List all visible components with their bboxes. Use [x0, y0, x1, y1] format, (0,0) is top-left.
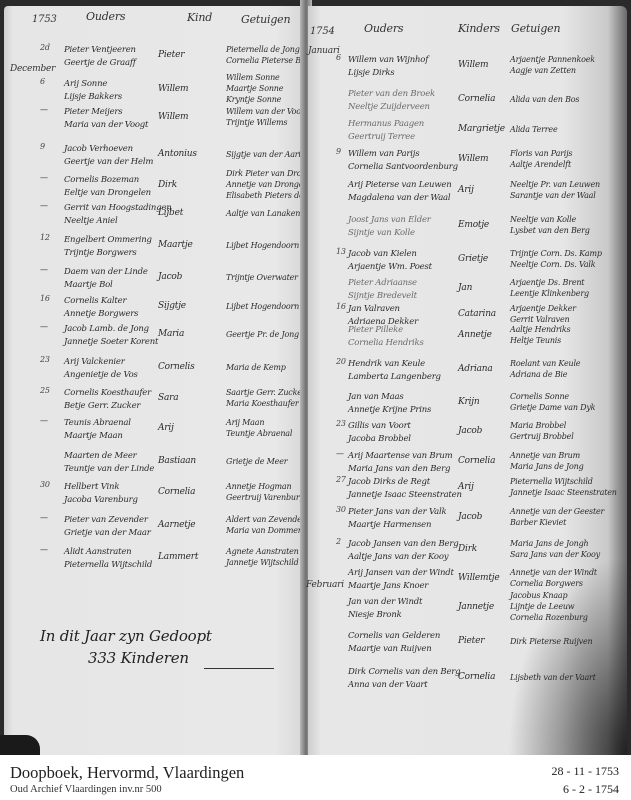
mother-name: Maria van der Voogt: [64, 119, 148, 131]
mother-name: Geertruij Terree: [348, 131, 415, 143]
child-name: Jacob: [158, 272, 182, 282]
witness-name: Lijbet Hogendoorn: [226, 240, 299, 251]
child-name: Arij: [458, 185, 474, 195]
child-name: Lijbet: [158, 208, 183, 218]
witness-name: Agnete Aanstraten: [226, 546, 299, 557]
mother-name: Sijntje Bredevelt: [348, 290, 417, 302]
mother-name: Eeltje van Drongelen: [64, 187, 151, 199]
child-name: Aarnetje: [158, 520, 195, 530]
witness-name: Saartje Gerr. Zucker: [226, 387, 305, 398]
child-name: Cornelis: [158, 362, 195, 372]
witness-name: Aagje van Zetten: [510, 65, 576, 76]
entry-day: 13: [336, 247, 346, 256]
header-child: Kind: [187, 11, 212, 24]
child-name: Jan: [458, 283, 472, 293]
witness-name: Annetje van Brum: [510, 450, 580, 461]
left-page: 1753 Ouders Kind Getuigen December 2dPie…: [4, 6, 306, 755]
mother-name: Anna van der Vaart: [348, 679, 428, 691]
child-name: Pieter: [458, 636, 484, 646]
entry-day: 6: [40, 77, 45, 86]
witness-name: Grietje Dame van Dyk: [510, 402, 595, 413]
child-name: Cornelia: [158, 487, 195, 497]
witness-name: Leentje Klinkenberg: [510, 288, 589, 299]
witness-name: Annetje Hogman: [226, 481, 291, 492]
witness-name: Neeltje Pr. van Leuwen: [510, 179, 600, 190]
father-name: Pieter Pilleke: [348, 324, 403, 336]
father-name: Pieter Jans van der Valk: [348, 506, 446, 518]
witness-name: Willem Sonne: [226, 72, 280, 83]
father-name: Arij Sonne: [64, 78, 107, 90]
mother-name: Magdalena van der Waal: [348, 192, 450, 204]
child-name: Willemtje: [458, 573, 500, 583]
mother-name: Geertje van der Helm: [64, 156, 153, 168]
page-corner-shadow: [0, 735, 40, 755]
mother-name: Maartje Bol: [64, 279, 113, 291]
child-name: Antonius: [158, 149, 197, 159]
child-name: Lammert: [158, 552, 198, 562]
father-name: Arij Maartense van Brum: [348, 450, 452, 462]
witness-name: Teuntje Abraenal: [226, 428, 292, 439]
witness-name: Arjaentje Dekker: [510, 303, 576, 314]
mother-name: Arjaentje Wm. Poest: [348, 261, 432, 273]
father-name: Maarten de Meer: [64, 450, 137, 462]
mother-name: Maria Jans van den Berg: [348, 463, 450, 475]
witness-name: Maartje Sonne: [226, 83, 283, 94]
child-name: Pieter: [158, 50, 184, 60]
witness-name: Trijntje Overwater: [226, 272, 298, 283]
entry-day: 9: [40, 142, 45, 151]
child-name: Cornelia: [458, 672, 495, 682]
summary-line-2: 333 Kinderen: [88, 648, 189, 668]
witness-name: Arjaentje Pannenkoek: [510, 54, 595, 65]
witness-name: Sarantje van der Waal: [510, 190, 596, 201]
child-name: Maartje: [158, 240, 193, 250]
mother-name: Jacoba Brobbel: [348, 433, 411, 445]
entry-day: 23: [336, 419, 346, 428]
witness-name: Geertje Pr. de Jong: [226, 329, 299, 340]
entry-day: 16: [40, 294, 50, 303]
register-scan: 1753 Ouders Kind Getuigen December 2dPie…: [0, 0, 631, 755]
header-witnesses: Getuigen: [511, 22, 560, 35]
witness-name: Neeltje van Kolle: [510, 214, 576, 225]
entry-day: —: [40, 201, 48, 210]
father-name: Jan van der Windt: [348, 596, 422, 608]
mother-name: Jannetje Soeter Korent: [64, 336, 158, 348]
entry-day: 23: [40, 355, 50, 364]
child-name: Bastiaan: [158, 456, 196, 466]
mother-name: Lamberta Langenberg: [348, 371, 441, 383]
mother-name: Pieternella Wijtschild: [64, 559, 152, 571]
father-name: Gillis van Voort: [348, 420, 411, 432]
mother-name: Annetje Borgwers: [64, 308, 138, 320]
witness-name: Aaltje van Lanaken: [226, 208, 300, 219]
mother-name: Neeltje Aniel: [64, 215, 117, 227]
father-name: Willem van Wijnhof: [348, 54, 428, 66]
mother-name: Lijsje Bakkers: [64, 91, 122, 103]
father-name: Jan van Maas: [348, 391, 404, 403]
child-name: Annetje: [458, 330, 492, 340]
entry-day: 2: [336, 537, 341, 546]
father-name: Pieter Adriaanse: [348, 277, 417, 289]
witness-name: Cornelia Pieterse Bos: [226, 55, 310, 66]
mother-name: Cornelia Hendriks: [348, 337, 424, 349]
caption-title: Doopboek, Hervormd, Vlaardingen: [10, 763, 244, 783]
father-name: Dirk Cornelis van den Berg: [348, 666, 460, 678]
entry-day: 27: [336, 475, 346, 484]
mother-name: Annetje Krijne Prins: [348, 404, 431, 416]
witness-name: Maria Koesthaufer: [226, 398, 298, 409]
child-name: Cornelia: [458, 456, 495, 466]
witness-name: Trijntje Willems: [226, 117, 287, 128]
father-name: Cornelis Koesthaufer: [64, 387, 151, 399]
father-name: Arij Pieterse van Leuwen: [348, 179, 452, 191]
caption-subtitle: Oud Archief Vlaardingen inv.nr 500: [10, 784, 162, 795]
father-name: Pieter van Zevender: [64, 514, 148, 526]
child-name: Dirk: [458, 544, 477, 554]
entry-day: 16: [336, 302, 346, 311]
month-label-january: Januari: [308, 46, 340, 56]
entry-day: —: [40, 416, 48, 425]
father-name: Alidt Aanstraten: [64, 546, 131, 558]
witness-name: Alida Terree: [510, 124, 558, 135]
child-name: Willem: [458, 60, 488, 70]
child-name: Arij: [458, 482, 474, 492]
child-name: Catarina: [458, 309, 496, 319]
witness-name: Arij Maan: [226, 417, 264, 428]
mother-name: Cornelia Santvoordenburg: [348, 161, 458, 173]
witness-name: Lijbet Hogendoorn: [226, 301, 299, 312]
father-name: Daem van der Linde: [64, 266, 148, 278]
father-name: Willem van Parijs: [348, 148, 419, 160]
child-name: Jacob: [458, 426, 482, 436]
child-name: Willem: [458, 154, 488, 164]
mother-name: Jannetje Isaac Steenstraten: [348, 489, 462, 501]
caption-date-start: 28 - 11 - 1753: [551, 764, 619, 779]
entry-day: —: [336, 449, 344, 458]
father-name: Hendrik van Keule: [348, 358, 425, 370]
right-page: 1754 Ouders Kinders Getuigen Januari Feb…: [308, 6, 627, 755]
father-name: Hermanus Paagen: [348, 118, 424, 130]
witness-name: Cornelis Sonne: [510, 391, 569, 402]
entry-day: —: [40, 545, 48, 554]
header-parents: Ouders: [86, 10, 125, 23]
witness-name: Sijgtje van der Aart: [226, 149, 301, 160]
child-name: Grietje: [458, 254, 488, 264]
child-name: Maria: [158, 329, 184, 339]
child-name: Sijgtje: [158, 301, 186, 311]
child-name: Cornelia: [458, 94, 495, 104]
witness-name: Aldert van Zevender: [226, 514, 305, 525]
father-name: Jacob Jansen van den Berg: [348, 538, 459, 550]
witness-name: Neeltje Corn. Ds. Valk: [510, 259, 595, 270]
mother-name: Teuntje van der Linde: [64, 463, 154, 475]
father-name: Jacob van Kielen: [348, 248, 417, 260]
witness-name: Kryntje Sonne: [226, 94, 281, 105]
mother-name: Niesje Bronk: [348, 609, 402, 621]
witness-name: Geertruij Varenburg: [226, 492, 304, 503]
entry-day: —: [40, 173, 48, 182]
header-parents: Ouders: [364, 22, 403, 35]
entry-day: —: [40, 513, 48, 522]
page-shadow: [507, 555, 627, 755]
witness-name: Jannetje Wijtschild: [226, 557, 299, 568]
child-name: Dirk: [158, 180, 177, 190]
entry-day: —: [40, 322, 48, 331]
witness-name: Gertruij Brobbel: [510, 431, 574, 442]
father-name: Cornelis Kalter: [64, 295, 126, 307]
father-name: Jan Valraven: [348, 303, 400, 315]
mother-name: Jacoba Varenburg: [64, 494, 138, 506]
mother-name: Angenietje de Vos: [64, 369, 138, 381]
entry-day: 6: [336, 53, 341, 62]
child-name: Arij: [158, 423, 174, 433]
mother-name: Grietje van der Maar: [64, 527, 151, 539]
witness-name: Annetje van der Geester: [510, 506, 604, 517]
father-name: Arij Valckenier: [64, 356, 125, 368]
year-label: 1753: [32, 14, 57, 25]
entry-day: 9: [336, 147, 341, 156]
summary-line-1: In dit Jaar zyn Gedoopt: [40, 626, 212, 646]
father-name: Joost Jans van Elder: [348, 214, 431, 226]
father-name: Engelbert Ommering: [64, 234, 152, 246]
father-name: Hellbert Vink: [64, 481, 119, 493]
mother-name: Aaltje Jans van der Kooy: [348, 551, 448, 563]
father-name: Jacob Verhoeven: [64, 143, 133, 155]
month-label: December: [10, 64, 55, 74]
witness-name: Arjaentje Ds. Brent: [510, 277, 584, 288]
child-name: Margrietje: [458, 124, 505, 134]
entry-day: 25: [40, 386, 50, 395]
child-name: Sara: [158, 393, 178, 403]
witness-name: Lysbet van den Berg: [510, 225, 590, 236]
witness-name: Trijntje Corn. Ds. Kamp: [510, 248, 602, 259]
witness-name: Adriana de Bie: [510, 369, 567, 380]
father-name: Pieter van den Broek: [348, 88, 435, 100]
mother-name: Betje Gerr. Zucker: [64, 400, 140, 412]
summary-underline: [204, 668, 274, 669]
witness-name: Maria Jans de Jong: [510, 461, 584, 472]
header-child: Kinders: [458, 22, 500, 35]
entry-day: 30: [336, 505, 346, 514]
entry-day: 30: [40, 480, 50, 489]
entry-day: 12: [40, 233, 50, 242]
father-name: Cornelis van Gelderen: [348, 630, 440, 642]
witness-name: Grietje de Meer: [226, 456, 287, 467]
witness-name: Pieternella Wijtschild: [510, 476, 593, 487]
witness-name: Heltje Teunis: [510, 335, 561, 346]
mother-name: Geertje de Graaff: [64, 57, 136, 69]
entry-day: 2d: [40, 43, 50, 52]
entry-day: 20: [336, 357, 346, 366]
entry-day: —: [40, 105, 48, 114]
child-name: Willem: [158, 112, 188, 122]
father-name: Arij Jansen van der Windt: [348, 567, 454, 579]
father-name: Jacob Lamb. de Jong: [64, 323, 149, 335]
father-name: Cornelis Bozeman: [64, 174, 139, 186]
father-name: Pieter Meijers: [64, 106, 122, 118]
witness-name: Maria de Kemp: [226, 362, 286, 373]
witness-name: Aaltje Hendriks: [510, 324, 570, 335]
mother-name: Maartje Maan: [64, 430, 123, 442]
child-name: Adriana: [458, 364, 493, 374]
witness-name: Floris van Parijs: [510, 148, 572, 159]
witness-name: Willem van der Voogt: [226, 106, 309, 117]
witness-name: Jannetje Isaac Steenstraten: [510, 487, 617, 498]
mother-name: Sijntje van Kolle: [348, 227, 415, 239]
entry-day: —: [40, 265, 48, 274]
child-name: Willem: [158, 84, 188, 94]
witness-name: Pieternella de Jong: [226, 44, 300, 55]
mother-name: Lijsje Dirks: [348, 67, 394, 79]
witness-name: Maria Jans de Jongh: [510, 538, 588, 549]
child-name: Krijn: [458, 397, 480, 407]
year-label: 1754: [310, 26, 335, 37]
witness-name: Aaltje Arendelft: [510, 159, 571, 170]
child-name: Jacob: [458, 512, 482, 522]
child-name: Emotje: [458, 220, 489, 230]
witness-name: Maria Brobbel: [510, 420, 566, 431]
witness-name: Maria van Dommen: [226, 525, 303, 536]
father-name: Jacob Dirks de Regt: [348, 476, 430, 488]
witness-name: Alida van den Bos: [510, 94, 579, 105]
month-label-february: Februari: [306, 580, 344, 590]
child-name: Jannetje: [458, 602, 494, 612]
caption-date-end: 6 - 2 - 1754: [563, 782, 619, 797]
mother-name: Trijntje Borgwers: [64, 247, 137, 259]
header-witnesses: Getuigen: [241, 13, 290, 26]
witness-name: Roelant van Keule: [510, 358, 580, 369]
mother-name: Maartje Harmensen: [348, 519, 431, 531]
father-name: Teunis Abraenal: [64, 417, 131, 429]
mother-name: Maartje Jans Knoer: [348, 580, 428, 592]
mother-name: Neeltje Zuijderveen: [348, 101, 430, 113]
father-name: Gerrit van Hoogstadingen: [64, 202, 172, 214]
father-name: Pieter Ventjeeren: [64, 44, 136, 56]
mother-name: Maartje van Ruijven: [348, 643, 431, 655]
caption-bar: Doopboek, Hervormd, Vlaardingen Oud Arch…: [0, 755, 631, 800]
witness-name: Barber Kieviet: [510, 517, 566, 528]
